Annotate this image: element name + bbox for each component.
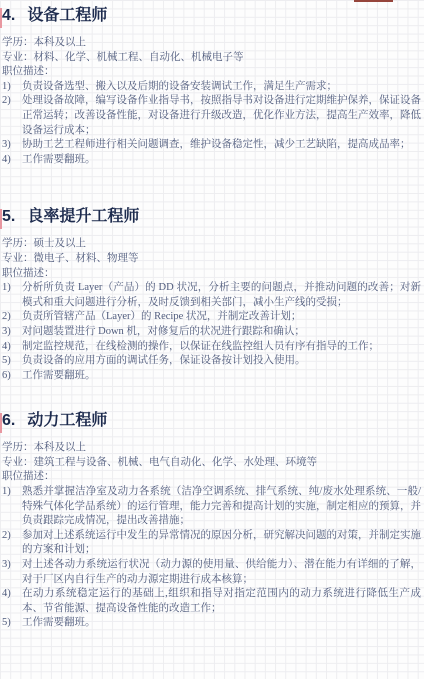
duty-item-number: 3)	[2, 138, 22, 153]
major-value: 微电子、材料、物理等	[34, 253, 139, 264]
major-line: 专业：材料、化学、机械工程、自动化、机械电子等	[2, 51, 421, 66]
duty-item: 3) 对上述各动力系统运行状况（动力源的使用量、供给能力）、潜在能力有详细的了解…	[2, 558, 421, 587]
duty-item-text: 分析所负责 Layer（产品）的 DD 状况，分析主要的问题点，并推动问题的改善…	[22, 281, 421, 310]
annotation-change-bar	[0, 209, 2, 229]
duty-item-number: 2)	[2, 310, 22, 325]
section-heading: 5. 良率提升工程师	[2, 207, 421, 227]
duty-item: 6) 工作需要翻班。	[2, 369, 421, 384]
duty-item-number: 1)	[2, 281, 22, 310]
duty-item-text: 负责设备的应用方面的调试任务，保证设备按计划投入使用。	[22, 354, 421, 369]
duty-item-number: 4)	[2, 340, 22, 355]
duty-item-text: 在动力系统稳定运行的基础上,组织和指导对指定范围内的动力系统进行降低生产成本、节…	[22, 587, 421, 616]
section-number: 6.	[2, 411, 15, 431]
duty-item: 3) 协助工艺工程师进行相关问题调查，维护设备稳定性，减少工艺缺陷，提高成品率；	[2, 138, 421, 153]
duty-item: 1) 负责设备选型、搬入以及后期的设备安装调试工作，满足生产需求；	[2, 80, 421, 95]
education-label: 学历：	[2, 37, 34, 48]
job-section-facility-engineer: 6. 动力工程师 学历：本科及以上 专业：建筑工程与设备、机械、电气自动化、化学…	[2, 411, 421, 631]
duty-item-text: 制定监控规范，在线检测的操作，以保证在线监控组人员有序有指导的工作；	[22, 340, 421, 355]
description-label-line: 职位描述：	[2, 65, 421, 80]
duty-item: 2) 处理设备故障，编写设备作业指导书，按照指导书对设备进行定期维护保养，保证设…	[2, 94, 421, 138]
top-edge-annotation-mark	[354, 0, 393, 2]
major-line: 专业：建筑工程与设备、机械、电气自动化、化学、水处理、环境等	[2, 456, 421, 471]
duty-item-text: 工作需要翻班。	[22, 153, 421, 168]
annotation-change-bar	[0, 8, 2, 28]
duty-item-number: 2)	[2, 94, 22, 138]
duty-item: 5) 工作需要翻班。	[2, 616, 421, 631]
major-label: 专业：	[2, 52, 34, 63]
duty-item-number: 3)	[2, 558, 22, 587]
duty-item-text: 负责设备选型、搬入以及后期的设备安装调试工作，满足生产需求；	[22, 80, 421, 95]
duty-item-text: 工作需要翻班。	[22, 369, 421, 384]
major-label: 专业：	[2, 457, 34, 468]
education-line: 学历：本科及以上	[2, 441, 421, 456]
duty-item-number: 1)	[2, 80, 22, 95]
duty-item-number: 5)	[2, 354, 22, 369]
job-section-yield-improvement-engineer: 5. 良率提升工程师 学历：硕士及以上 专业：微电子、材料、物理等 职位描述： …	[2, 207, 421, 383]
major-line: 专业：微电子、材料、物理等	[2, 252, 421, 267]
major-value: 材料、化学、机械工程、自动化、机械电子等	[34, 52, 244, 63]
duty-item-text: 协助工艺工程师进行相关问题调查，维护设备稳定性，减少工艺缺陷，提高成品率；	[22, 138, 421, 153]
section-title: 动力工程师	[27, 411, 107, 431]
education-value: 硕士及以上	[34, 238, 87, 249]
description-label-line: 职位描述：	[2, 470, 421, 485]
duty-item-number: 4)	[2, 587, 22, 616]
duty-list: 1) 分析所负责 Layer（产品）的 DD 状况，分析主要的问题点，并推动问题…	[2, 281, 421, 383]
education-label: 学历：	[2, 238, 34, 249]
description-label: 职位描述：	[2, 471, 55, 482]
education-line: 学历：硕士及以上	[2, 237, 421, 252]
duty-item-text: 处理设备故障，编写设备作业指导书，按照指导书对设备进行定期维护保养，保证设备正常…	[22, 94, 421, 138]
duty-item-text: 参加对上述系统运行中发生的异常情况的原因分析，研究解决问题的对策，并制定实施的方…	[22, 529, 421, 558]
duty-item: 1) 分析所负责 Layer（产品）的 DD 状况，分析主要的问题点，并推动问题…	[2, 281, 421, 310]
duty-item-number: 6)	[2, 369, 22, 384]
duty-item-number: 2)	[2, 529, 22, 558]
section-number: 4.	[2, 6, 15, 26]
major-value: 建筑工程与设备、机械、电气自动化、化学、水处理、环境等	[34, 457, 318, 468]
section-title: 设备工程师	[27, 6, 107, 26]
education-label: 学历：	[2, 442, 34, 453]
education-line: 学历：本科及以上	[2, 36, 421, 51]
duty-item-text: 负责所管辖产品（Layer）的 Recipe 状况，并制定改善计划；	[22, 310, 421, 325]
description-label-line: 职位描述：	[2, 267, 421, 282]
document-page: 4. 设备工程师 学历：本科及以上 专业：材料、化学、机械工程、自动化、机械电子…	[0, 0, 424, 679]
duty-item-number: 5)	[2, 616, 22, 631]
education-value: 本科及以上	[34, 37, 87, 48]
duty-item-number: 4)	[2, 153, 22, 168]
document-content: 4. 设备工程师 学历：本科及以上 专业：材料、化学、机械工程、自动化、机械电子…	[0, 0, 424, 631]
description-label: 职位描述：	[2, 268, 55, 279]
duty-item: 5) 负责设备的应用方面的调试任务，保证设备按计划投入使用。	[2, 354, 421, 369]
duty-item-text: 对上述各动力系统运行状况（动力源的使用量、供给能力）、潜在能力有详细的了解，对于…	[22, 558, 421, 587]
major-label: 专业：	[2, 253, 34, 264]
duty-item-text: 对问题装置进行 Down 机，对修复后的状况进行跟踪和确认；	[22, 325, 421, 340]
section-title: 良率提升工程师	[27, 207, 139, 227]
duty-list: 1) 负责设备选型、搬入以及后期的设备安装调试工作，满足生产需求； 2) 处理设…	[2, 80, 421, 168]
duty-item: 1) 熟悉并掌握洁净室及动力各系统（洁净空调系统、排气系统、纯/废水处理系统、一…	[2, 485, 421, 529]
description-label: 职位描述：	[2, 66, 55, 77]
duty-item-text: 熟悉并掌握洁净室及动力各系统（洁净空调系统、排气系统、纯/废水处理系统、一般/特…	[22, 485, 421, 529]
annotation-change-bar	[0, 413, 2, 433]
duty-item: 4) 制定监控规范，在线检测的操作，以保证在线监控组人员有序有指导的工作；	[2, 340, 421, 355]
duty-item: 3) 对问题装置进行 Down 机，对修复后的状况进行跟踪和确认；	[2, 325, 421, 340]
duty-item: 4) 工作需要翻班。	[2, 153, 421, 168]
duty-item: 2) 负责所管辖产品（Layer）的 Recipe 状况，并制定改善计划；	[2, 310, 421, 325]
section-heading: 6. 动力工程师	[2, 411, 421, 431]
duty-item: 2) 参加对上述系统运行中发生的异常情况的原因分析，研究解决问题的对策，并制定实…	[2, 529, 421, 558]
job-section-equipment-engineer: 4. 设备工程师 学历：本科及以上 专业：材料、化学、机械工程、自动化、机械电子…	[2, 6, 421, 167]
duty-item-number: 3)	[2, 325, 22, 340]
section-heading: 4. 设备工程师	[2, 6, 421, 26]
duty-item-number: 1)	[2, 485, 22, 529]
duty-list: 1) 熟悉并掌握洁净室及动力各系统（洁净空调系统、排气系统、纯/废水处理系统、一…	[2, 485, 421, 631]
duty-item: 4) 在动力系统稳定运行的基础上,组织和指导对指定范围内的动力系统进行降低生产成…	[2, 587, 421, 616]
education-value: 本科及以上	[34, 442, 87, 453]
duty-item-text: 工作需要翻班。	[22, 616, 421, 631]
section-number: 5.	[2, 207, 15, 227]
